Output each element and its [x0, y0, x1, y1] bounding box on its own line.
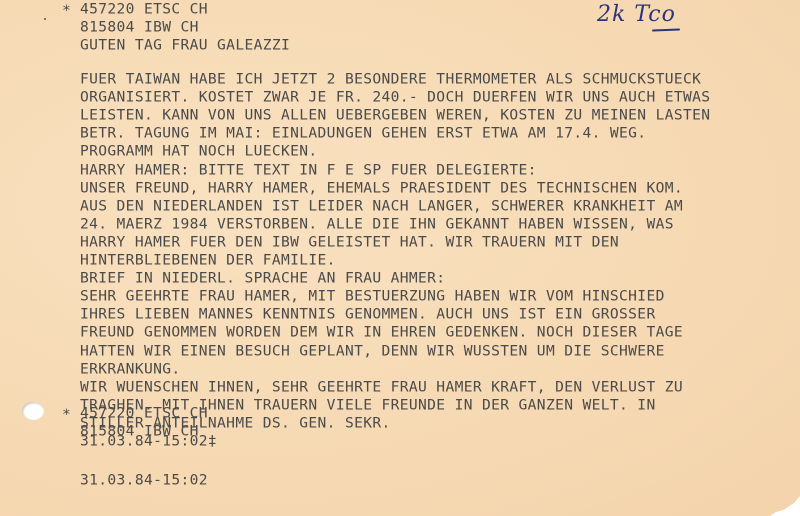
footer-answerback-2: 815804 IBW CH: [80, 424, 199, 439]
header-marker: *: [62, 2, 71, 19]
footer-marker: *: [62, 406, 71, 423]
body-line: HINTERBLIEBENEN DER FAMILIE.: [80, 253, 336, 268]
body-line: 24. MAERZ 1984 VERSTORBEN. ALLE DIE IHN …: [80, 217, 674, 232]
body-line: FUER TAIWAN HABE ICH JETZT 2 BESONDERE T…: [80, 72, 701, 87]
footer-timestamp: 31.03.84-15:02: [80, 473, 208, 488]
header-answerback-1: 457220 ETSC CH: [80, 2, 208, 17]
body-line: FREUND GENOMMEN WORDEN DEM WIR IN EHREN …: [80, 325, 683, 340]
ink-speck: [44, 18, 46, 20]
greeting: GUTEN TAG FRAU GALEAZZI: [80, 38, 290, 53]
body-line: HATTEN WIR EINEN BESUCH GEPLANT, DENN WI…: [80, 344, 665, 359]
body-line: IHRES LIEBEN MANNES KENNTNIS GENOMMEN. A…: [80, 307, 656, 322]
torn-corner: [770, 496, 800, 516]
body-line: HARRY HAMER: BITTE TEXT IN F E SP FUER D…: [80, 163, 537, 178]
footer-answerback-1: 457220 ETSC CH: [80, 406, 208, 421]
handwritten-note: 2k Tco: [597, 2, 676, 27]
body-line: ERKRANKUNG.: [80, 362, 181, 377]
body-line: BETR. TAGUNG IM MAI: EINLADUNGEN GEHEN E…: [80, 126, 646, 141]
header-answerback-2: 815804 IBW CH: [80, 20, 199, 35]
body-line: ORGANISIERT. KOSTET ZWAR JE FR. 240.- DO…: [80, 90, 710, 105]
body-line: AUS DEN NIEDERLANDEN IST LEIDER NACH LAN…: [80, 199, 683, 214]
body-line: PROGRAMM HAT NOCH LUECKEN.: [80, 144, 318, 159]
body-line: UNSER FREUND, HARRY HAMER, EHEMALS PRAES…: [80, 181, 683, 196]
punch-hole: [22, 402, 44, 420]
body-line: LEISTEN. KANN VON UNS ALLEN UEBERGEBEN W…: [80, 108, 710, 123]
telex-paper: * 457220 ETSC CH 815804 IBW CH GUTEN TAG…: [0, 0, 800, 516]
body-line: WIR WUENSCHEN IHNEN, SEHR GEEHRTE FRAU H…: [80, 380, 683, 395]
body-line: BRIEF IN NIEDERL. SPRACHE AN FRAU AHMER:: [80, 271, 445, 286]
body-line: HARRY HAMER FUER DEN IBW GELEISTET HAT. …: [80, 235, 619, 250]
handwritten-underline: [652, 29, 680, 32]
body-line: SEHR GEEHRTE FRAU HAMER, MIT BESTUERZUNG…: [80, 289, 665, 304]
